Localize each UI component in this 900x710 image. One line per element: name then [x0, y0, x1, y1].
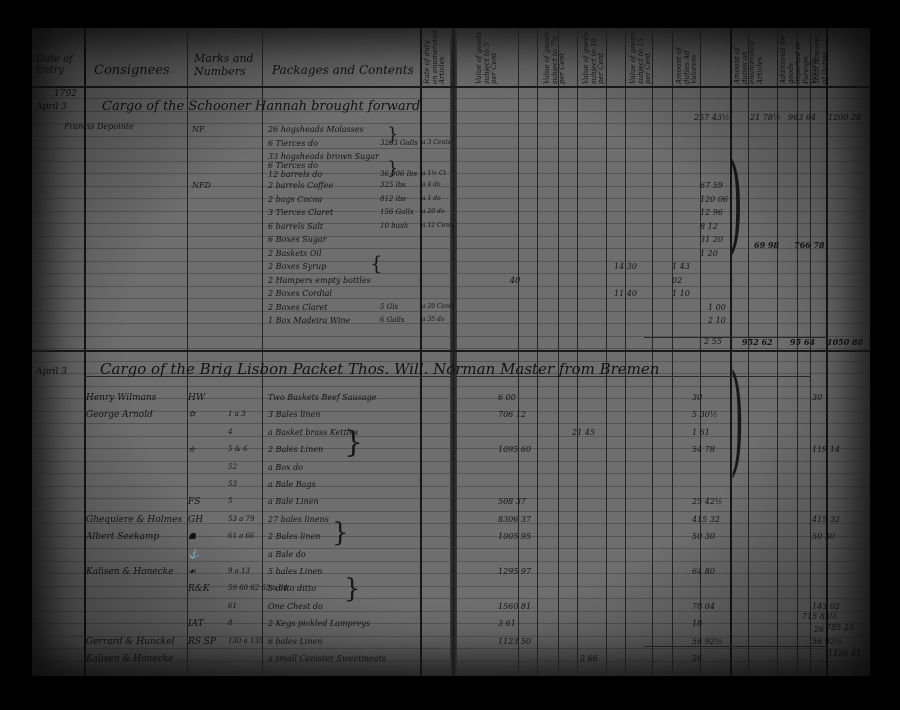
row-mark: GH	[188, 516, 203, 525]
row-value5: 8306 37	[498, 516, 531, 524]
row-value10: 2 66	[580, 655, 598, 663]
row-rate: a 20 Cents	[422, 304, 455, 310]
row-adv: 30	[692, 394, 702, 402]
row-adv: 02	[672, 277, 682, 285]
row-value5: 1123 50	[498, 638, 531, 646]
row-consignee: Ghequiere & Holmes	[86, 516, 182, 525]
row-package: 6 Tierces do	[268, 140, 318, 148]
row-rate: a 3 Cents	[422, 140, 451, 146]
row-package: 2 Boxes Claret	[268, 304, 327, 312]
row-value5: 1095 60	[498, 446, 531, 454]
row-value5: 1005 95	[498, 533, 531, 541]
row-qty: 36,006 lbs	[380, 171, 417, 178]
row-rate: a 20 do	[422, 209, 444, 215]
row-mark: HW	[188, 394, 205, 403]
s2-final-sum: 1126 41	[828, 650, 861, 658]
brace-icon: }	[332, 520, 349, 546]
row-rate: a 35 do	[422, 317, 444, 323]
row-numbers: 9 a 13	[228, 568, 250, 575]
header-date: Date of Entry	[36, 54, 82, 76]
section-rule	[32, 350, 870, 352]
row-value15: 11 40	[614, 290, 637, 298]
row-package: 27 bales linens	[268, 516, 329, 524]
row-package: 2 Boxes Syrup	[268, 263, 326, 271]
rule-consignee	[187, 28, 188, 676]
row-qty: 3263 Galls	[380, 140, 418, 147]
row-adv: 54 78	[692, 446, 715, 454]
row-package: 6 barrels Salt	[268, 223, 323, 231]
s2-total-a: 715 85½	[802, 613, 838, 621]
row-adv: 78 04	[692, 603, 715, 611]
ledger-page: Date of Entry Consignees Marks and Numbe…	[32, 28, 870, 676]
s2-grand-total: 785 23	[826, 624, 854, 632]
row-adv: 1 10	[672, 290, 690, 298]
row-duty: 67 59	[700, 182, 723, 190]
row-value5: 1560 81	[498, 603, 531, 611]
row-qty: 6 Galls	[380, 317, 405, 324]
row-package: 2 Boxes Cordial	[268, 290, 332, 298]
row-numbers: 130 a 135	[228, 638, 263, 645]
header-value-7: Value of goods subject to 7½ per Cent	[544, 32, 567, 84]
row-package: 3 Bales linen	[268, 411, 320, 419]
section2-title: Cargo of the Brig Lisbon Packet Thos. Wi…	[100, 362, 659, 377]
row-numbers: 8	[228, 620, 232, 627]
row-duty: 12 96	[700, 209, 723, 217]
row-mark: RS SP	[188, 638, 216, 647]
row-mark: NFD	[192, 182, 211, 190]
header-value-15: Value of goods subject to 15 per Cent	[630, 32, 653, 84]
brace-icon: )	[730, 372, 744, 468]
row-package: a Box do	[268, 464, 303, 472]
row-qty: 10 bush	[380, 223, 408, 230]
brace-icon: {	[370, 253, 383, 273]
row-value5: 6 00	[498, 394, 516, 402]
row-adv: 56 92½	[692, 638, 723, 646]
brace-icon: }	[344, 428, 363, 458]
header-total: Total Amount of Duties	[814, 32, 829, 84]
s1-top-foreign: 963 64	[788, 114, 816, 122]
row-value5: 40	[510, 277, 520, 285]
row-consignee: Henry Wilmans	[86, 394, 156, 403]
section1-date: April 3	[36, 103, 67, 112]
row-numbers: 1 a 3	[228, 411, 246, 418]
row-package: 2 Kegs pickled Lampreys	[268, 620, 370, 628]
row-package: 12 barrels do	[268, 171, 322, 179]
row-package: 2 barrels Coffee	[268, 182, 333, 190]
s1-top-total: 1200 28	[828, 114, 861, 122]
row-qty: 5 Gls	[380, 304, 398, 311]
row-rate: a 1½ Ct	[422, 171, 446, 177]
row-package: 3 Tierces Claret	[268, 209, 333, 217]
row-consignee: Kalisen & Honecke	[86, 655, 174, 664]
row-adv: 50 30	[692, 533, 715, 541]
row-package: 2 Baskets Oil	[268, 250, 322, 258]
row-total: 143 02	[812, 603, 840, 611]
row-mark: FS	[188, 498, 200, 507]
s1-enum-brace-total2: 766 78	[794, 241, 825, 249]
row-rate: a 1 do	[422, 196, 441, 202]
row-value5: 3 61	[498, 620, 516, 628]
row-adv: 64 80	[692, 568, 715, 576]
row-numbers: 4	[228, 429, 232, 436]
row-mark: ⚓	[188, 551, 199, 560]
row-adv: 26	[692, 655, 702, 663]
s1-sub-enum: 952 62	[742, 338, 773, 346]
page-spine	[450, 28, 457, 676]
row-consignee: George Arnold	[86, 411, 153, 420]
row-package: a Bale do	[268, 551, 306, 559]
row-adv: 415 32	[692, 516, 720, 524]
header-consignees: Consignees	[94, 64, 170, 77]
row-total: 415 32	[812, 516, 840, 524]
header-value-5: Value of goods subject to 5 per Cent	[476, 32, 499, 84]
header-rule	[32, 86, 870, 88]
row-qty: 325 lbs	[380, 182, 406, 189]
row-total: 119 14	[812, 446, 840, 454]
row-package: a Bale Bags	[268, 481, 316, 489]
row-value5: 1295 97	[498, 568, 531, 576]
row-mark: R&K	[188, 585, 210, 594]
row-package: 5 ditto ditto	[268, 585, 316, 593]
rule-marks	[262, 28, 263, 676]
row-qty: 156 Galls	[380, 209, 413, 216]
s1-top-enum: 21 78½	[750, 114, 781, 122]
row-package: a small Canister Sweetmeats	[268, 655, 386, 663]
row-mark: ⛤	[188, 446, 195, 455]
row-mark: ✡	[188, 411, 196, 420]
section1-consignee: Francis Depointe	[64, 123, 134, 131]
row-package: 2 Bales Linen	[268, 446, 323, 454]
row-consignee: Gerrard & Hunckel	[86, 638, 174, 647]
row-adv: 25 42½	[692, 498, 723, 506]
s1-sub-foreign: 95 64	[790, 338, 815, 346]
s1-top-adv: 257 43½	[694, 114, 730, 122]
row-numbers: 52	[228, 464, 237, 471]
row-package: 6 bales Linen	[268, 638, 322, 646]
row-mark: NF	[192, 126, 205, 134]
brace-icon: }	[344, 576, 361, 602]
row-mark: ☗	[188, 533, 196, 542]
row-consignee: Kalisen & Honecke	[86, 568, 174, 577]
row-adv: 5 30½	[692, 411, 718, 419]
brace-icon: )	[728, 158, 743, 246]
row-package: 6 Tierces do	[268, 162, 318, 170]
s1-enum-brace-total: 69 98	[754, 241, 779, 249]
s1-sub-grand: 1050 88	[868, 338, 870, 346]
row-package: One Chest do	[268, 603, 323, 611]
row-mark: IAT	[188, 620, 204, 629]
brace-icon: }	[387, 160, 398, 178]
brace-icon: }	[387, 126, 398, 144]
s1-sub-total: 1050 88	[827, 338, 863, 346]
row-value5: 508 37	[498, 498, 526, 506]
row-package: a Bale Linen	[268, 498, 319, 506]
row-value5: 706 12	[498, 411, 526, 419]
row-adv2: 1 00	[708, 304, 726, 312]
row-package: 2 Hampers empty bottles	[268, 277, 371, 285]
row-total: 56 92½	[812, 638, 843, 646]
entry-year: 1792	[54, 90, 77, 99]
row-duty: 31 20	[700, 236, 723, 244]
row-total: 30	[812, 394, 822, 402]
row-value10: 21 45	[572, 429, 595, 437]
row-package: 2 Bales linen	[268, 533, 320, 541]
row-package: Two Baskets Beef Sausage	[268, 394, 376, 402]
row-package: 33 hogsheads brown Sugar	[268, 153, 379, 161]
row-adv: 1 61	[692, 429, 710, 437]
row-numbers: 61	[228, 603, 237, 610]
row-duty: 1 20	[700, 250, 718, 258]
row-rate: a 4 do	[422, 182, 441, 188]
header-rate: Rate of duty on enumerated Articles	[424, 30, 447, 84]
header-enum-duties: Amount of duties on enumerated Articles	[734, 32, 765, 84]
row-package: 2 bags Cocoa	[268, 196, 322, 204]
header-adv-duties: Amount of duties Ad Valorem	[676, 32, 699, 84]
header-value-10: Value of goods subject to 10 per Cent	[583, 32, 606, 84]
header-marks: Marks and Numbers	[194, 52, 254, 78]
header-packages: Packages and Contents	[272, 64, 414, 76]
section2-date: April 3	[36, 368, 67, 377]
row-package: 5 bales Linen	[268, 568, 322, 576]
row-consignee: Albert Seekamp	[86, 533, 159, 542]
rule-packages	[420, 28, 422, 676]
row-numbers: 61 a 66	[228, 533, 254, 540]
row-duty: 8 12	[700, 223, 718, 231]
row-numbers: 5	[228, 498, 232, 505]
row-numbers: 53 a 79	[228, 516, 254, 523]
row-package: 26 hogsheads Molasses	[268, 126, 364, 134]
row-adv: 1 43	[672, 263, 690, 271]
row-package: 6 Boxes Sugar	[268, 236, 327, 244]
row-qty: 812 lbs	[380, 196, 406, 203]
row-mark: ☙	[188, 568, 196, 577]
row-total: 50 30	[812, 533, 835, 541]
row-numbers: 5 & 6	[228, 446, 248, 453]
row-value15: 14 30	[614, 263, 637, 271]
s1-sub-adv: 2 55	[704, 338, 722, 346]
row-rate: a 12 Cents	[422, 223, 455, 229]
row-package: 1 Box Madeira Wine	[268, 317, 350, 325]
row-duty: 120 06	[700, 196, 728, 204]
row-adv: 18	[692, 620, 702, 628]
row-numbers: 53	[228, 481, 237, 488]
row-adv2: 2 10	[708, 317, 726, 325]
section1-title: Cargo of the Schooner Hannah brought for…	[102, 100, 420, 113]
s2-total-b: 26	[814, 626, 824, 634]
